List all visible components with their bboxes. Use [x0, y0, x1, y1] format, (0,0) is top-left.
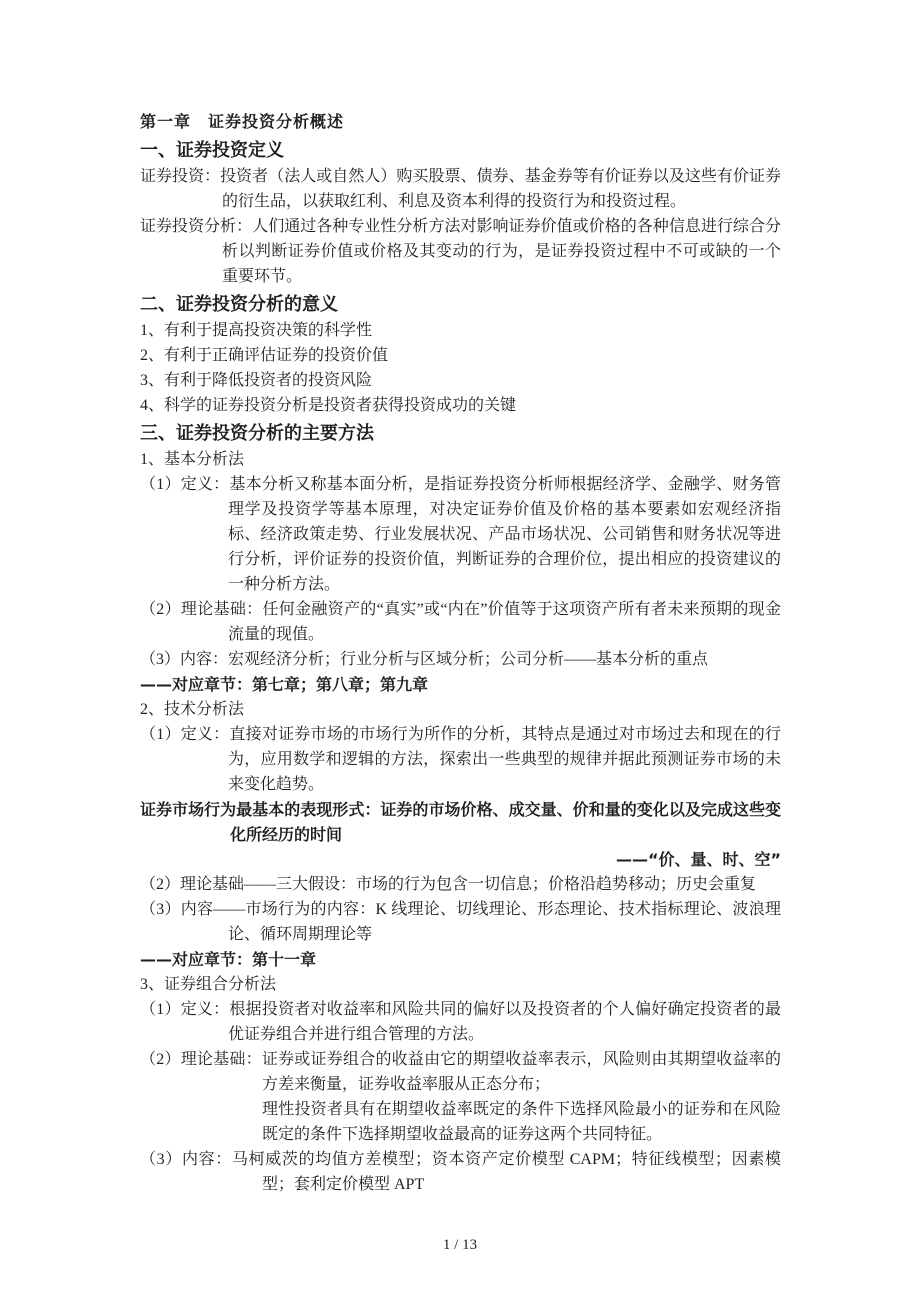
- method-2-definition: （1）定义：直接对证券市场的市场行为所作的分析，其特点是通过对市场过去和现在的行…: [140, 722, 781, 797]
- paragraph-securities-investment: 证券投资：投资者（法人或自然人）购买股票、债券、基金券等有价证券以及这些有价证券…: [140, 164, 781, 214]
- significance-item-4: 4、科学的证券投资分析是投资者获得投资成功的关键: [140, 393, 781, 418]
- method-1-theory-basis: （2）理论基础：任何金融资产的“真实”或“内在”价值等于这项资产所有者未来预期的…: [140, 597, 781, 647]
- page-number: 1 / 13: [0, 1234, 920, 1256]
- chapter-reference-2: ——对应章节：第十一章: [140, 947, 781, 972]
- chapter-reference-1: ——对应章节：第七章；第八章；第九章: [140, 672, 781, 697]
- significance-item-2: 2、有利于正确评估证券的投资价值: [140, 343, 781, 368]
- significance-item-1: 1、有利于提高投资决策的科学性: [140, 318, 781, 343]
- method-3-title: 3、证券组合分析法: [140, 972, 781, 997]
- method-2-theory-basis: （2）理论基础——三大假设：市场的行为包含一切信息；价格沿趋势移动；历史会重复: [140, 872, 781, 897]
- section-heading-definition: 一、证券投资定义: [140, 137, 781, 164]
- document-content: 第一章 证券投资分析概述 一、证券投资定义 证券投资：投资者（法人或自然人）购买…: [140, 110, 781, 1197]
- section-heading-methods: 三、证券投资分析的主要方法: [140, 420, 781, 447]
- method-3-theory-basis-continued: 理性投资者具有在期望收益率既定的条件下选择风险最小的证券和在风险既定的条件下选择…: [140, 1097, 781, 1147]
- method-3-definition: （1）定义：根据投资者对收益率和风险共同的偏好以及投资者的个人偏好确定投资者的最…: [140, 997, 781, 1047]
- market-behavior-note: 证券市场行为最基本的表现形式：证券的市场价格、成交量、价和量的变化以及完成这些变…: [140, 797, 781, 847]
- method-3-content: （3）内容：马柯威茨的均值方差模型；资本资产定价模型 CAPM；特征线模型；因素…: [140, 1147, 781, 1197]
- method-3-theory-basis: （2）理论基础：证券或证券组合的收益由它的期望收益率表示，风险则由其期望收益率的…: [140, 1047, 781, 1097]
- section-heading-significance: 二、证券投资分析的意义: [140, 291, 781, 318]
- significance-item-3: 3、有利于降低投资者的投资风险: [140, 368, 781, 393]
- paragraph-securities-analysis: 证券投资分析：人们通过各种专业性分析方法对影响证券价值或价格的各种信息进行综合分…: [140, 214, 781, 289]
- method-1-title: 1、基本分析法: [140, 447, 781, 472]
- chapter-title: 第一章 证券投资分析概述: [140, 110, 781, 135]
- price-volume-time-space-note: ——“价、量、时、空”: [140, 847, 781, 872]
- method-1-content: （3）内容：宏观经济分析；行业分析与区域分析；公司分析——基本分析的重点: [140, 647, 781, 672]
- method-1-definition: （1）定义：基本分析又称基本面分析，是指证券投资分析师根据经济学、金融学、财务管…: [140, 472, 781, 597]
- method-2-content: （3）内容——市场行为的内容：K 线理论、切线理论、形态理论、技术指标理论、波浪…: [140, 897, 781, 947]
- document-page: 第一章 证券投资分析概述 一、证券投资定义 证券投资：投资者（法人或自然人）购买…: [0, 0, 920, 1302]
- method-2-title: 2、技术分析法: [140, 697, 781, 722]
